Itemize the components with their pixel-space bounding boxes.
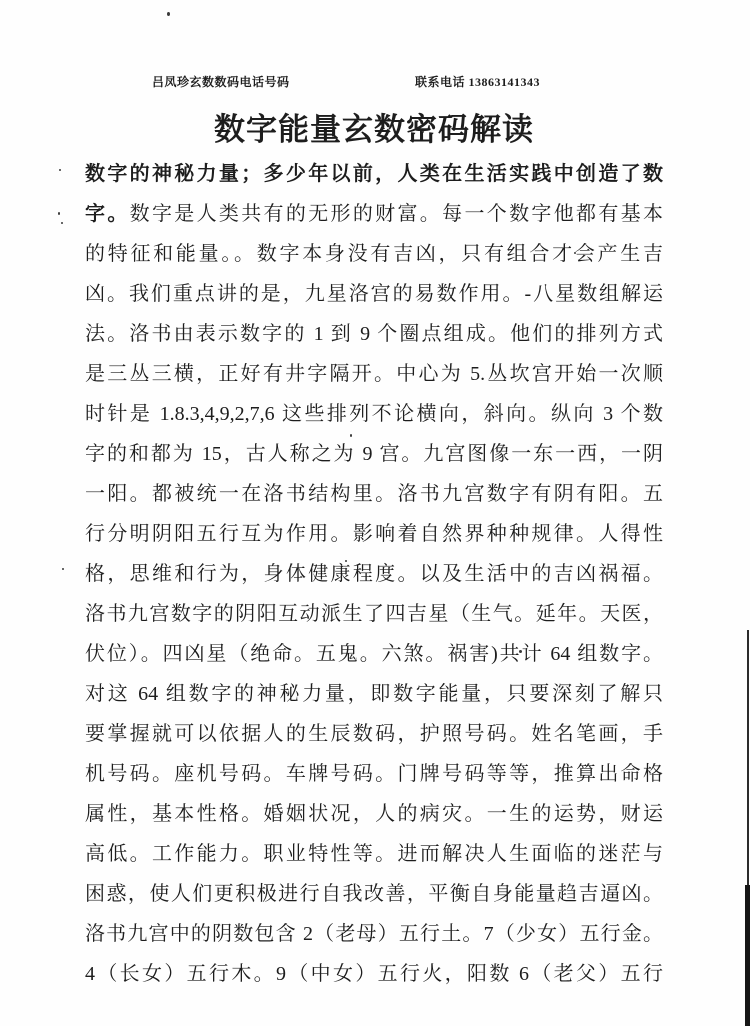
text-line: 对这 64 组数字的神秘力量，即数字能量，只要深刻了解只	[85, 674, 663, 714]
text-line: 高低。工作能力。职业特性等。进而解决人生面临的迷茫与	[85, 834, 663, 874]
text-run: 法。洛书由表示数字的 1 到 9 个圈点组成。他们的排列方式	[85, 323, 663, 345]
text-line: 一阳。都被统一在洛书结构里。洛书九宫数字有阴有阳。五	[85, 474, 663, 514]
text-line: 要掌握就可以依据人的生辰数码，护照号码。姓名笔画，手	[85, 714, 663, 754]
text-run-bold: 数字的神秘力量；多少年以前，人类在生活实践中创造了数	[85, 163, 663, 185]
text-line: 时针是 1.8.3,4,9,2,7,6 这些排列不论横向，斜向。纵向 3 个数	[85, 394, 663, 434]
text-run: 对这 64 组数字的神秘力量，即数字能量，只要深刻了解只	[85, 683, 663, 705]
text-line: 4（长女）五行木。9（中女）五行火，阳数 6（老父）五行	[85, 954, 663, 994]
text-run: 机号码。座机号码。车牌号码。门牌号码等等，推算出命格	[85, 763, 663, 785]
text-run: 要掌握就可以依据人的生辰数码，护照号码。姓名笔画，手	[85, 723, 663, 745]
text-line: 机号码。座机号码。车牌号码。门牌号码等等，推算出命格	[85, 754, 663, 794]
text-line: 的特征和能量。。数字本身没有吉凶，只有组合才会产生吉	[85, 234, 663, 274]
text-line: 格，思维和行为，身体健康程度。以及生活中的吉凶祸福。	[85, 554, 663, 594]
text-run: 高低。工作能力。职业特性等。进而解决人生面临的迷茫与	[85, 843, 663, 865]
scan-edge-artifact	[745, 885, 750, 1026]
text-line: 字。数字是人类共有的无形的财富。每一个数字他都有基本	[85, 194, 663, 234]
scan-speck	[58, 212, 60, 215]
page-title: 数字能量玄数密码解读	[214, 104, 534, 149]
text-line: 是三丛三横，正好有井字隔开。中心为 5.丛坎宫开始一次顺	[85, 354, 663, 394]
header-contact-phone: 联系电话 13863141343	[415, 73, 540, 90]
text-run: 字的和都为 15，古人称之为 9 宫。九宫图像一东一西，一阴	[85, 443, 663, 465]
scan-speck	[59, 169, 61, 171]
scanned-document-page: 吕凤珍玄数数码电话号码 联系电话 13863141343 数字能量玄数密码解读 …	[0, 0, 750, 1026]
text-line: 洛书九宫中的阴数包含 2（老母）五行土。7（少女）五行金。	[85, 914, 663, 954]
text-run: 洛书九宫中的阴数包含 2（老母）五行土。7（少女）五行金。	[85, 923, 663, 945]
text-run: 是三丛三横，正好有井字隔开。中心为 5.丛坎宫开始一次顺	[85, 363, 663, 385]
scan-edge-artifact	[747, 630, 749, 885]
scan-speck	[61, 222, 63, 224]
scan-speck	[574, 252, 576, 254]
text-run: 时针是 1.8.3,4,9,2,7,6 这些排列不论横向，斜向。纵向 3 个数	[85, 403, 663, 425]
text-run: 4（长女）五行木。9（中女）五行火，阳数 6（老父）五行	[85, 963, 663, 985]
text-run: 行分明阴阳五行互为作用。影响着自然界种种规律。人得性	[85, 523, 663, 545]
text-run: 属性，基本性格。婚姻状况，人的病灾。一生的运势，财运	[85, 803, 663, 825]
text-line: 法。洛书由表示数字的 1 到 9 个圈点组成。他们的排列方式	[85, 314, 663, 354]
scan-speck	[62, 568, 64, 570]
text-run-bold: 字。	[85, 203, 130, 225]
header-author-line: 吕凤珍玄数数码电话号码	[152, 73, 290, 90]
text-run: 的特征和能量。。数字本身没有吉凶，只有组合才会产生吉	[85, 243, 663, 265]
scan-speck	[350, 434, 352, 437]
scan-speck	[519, 650, 522, 653]
text-run: 凶。我们重点讲的是，九星洛宫的易数作用。-八星数组解运	[85, 283, 663, 305]
text-run: 伏位）。四凶星（绝命。五鬼。六煞。祸害)共计 64 组数字。	[85, 643, 663, 665]
text-line: 困惑，使人们更积极进行自我改善，平衡自身能量趋吉逼凶。	[85, 874, 663, 914]
scan-speck	[167, 12, 170, 16]
text-line: 行分明阴阳五行互为作用。影响着自然界种种规律。人得性	[85, 514, 663, 554]
scan-speck	[345, 560, 347, 562]
text-run: 洛书九宫数字的阴阳互动派生了四吉星（生气。延年。天医，	[85, 603, 663, 625]
text-run: 格，思维和行为，身体健康程度。以及生活中的吉凶祸福。	[85, 563, 663, 585]
title-block: 数字能量玄数密码解读	[85, 104, 663, 149]
text-run: 一阳。都被统一在洛书结构里。洛书九宫数字有阴有阳。五	[85, 483, 663, 505]
text-run: 数字是人类共有的无形的财富。每一个数字他都有基本	[130, 203, 663, 225]
text-line: 数字的神秘力量；多少年以前，人类在生活实践中创造了数	[85, 154, 663, 194]
text-line: 伏位）。四凶星（绝命。五鬼。六煞。祸害)共计 64 组数字。	[85, 634, 663, 674]
text-run: 困惑，使人们更积极进行自我改善，平衡自身能量趋吉逼凶。	[85, 883, 663, 905]
text-line: 凶。我们重点讲的是，九星洛宫的易数作用。-八星数组解运	[85, 274, 663, 314]
text-line: 属性，基本性格。婚姻状况，人的病灾。一生的运势，财运	[85, 794, 663, 834]
body-text: 数字的神秘力量；多少年以前，人类在生活实践中创造了数字。数字是人类共有的无形的财…	[85, 154, 663, 994]
text-line: 字的和都为 15，古人称之为 9 宫。九宫图像一东一西，一阴	[85, 434, 663, 474]
text-line: 洛书九宫数字的阴阳互动派生了四吉星（生气。延年。天医，	[85, 594, 663, 634]
